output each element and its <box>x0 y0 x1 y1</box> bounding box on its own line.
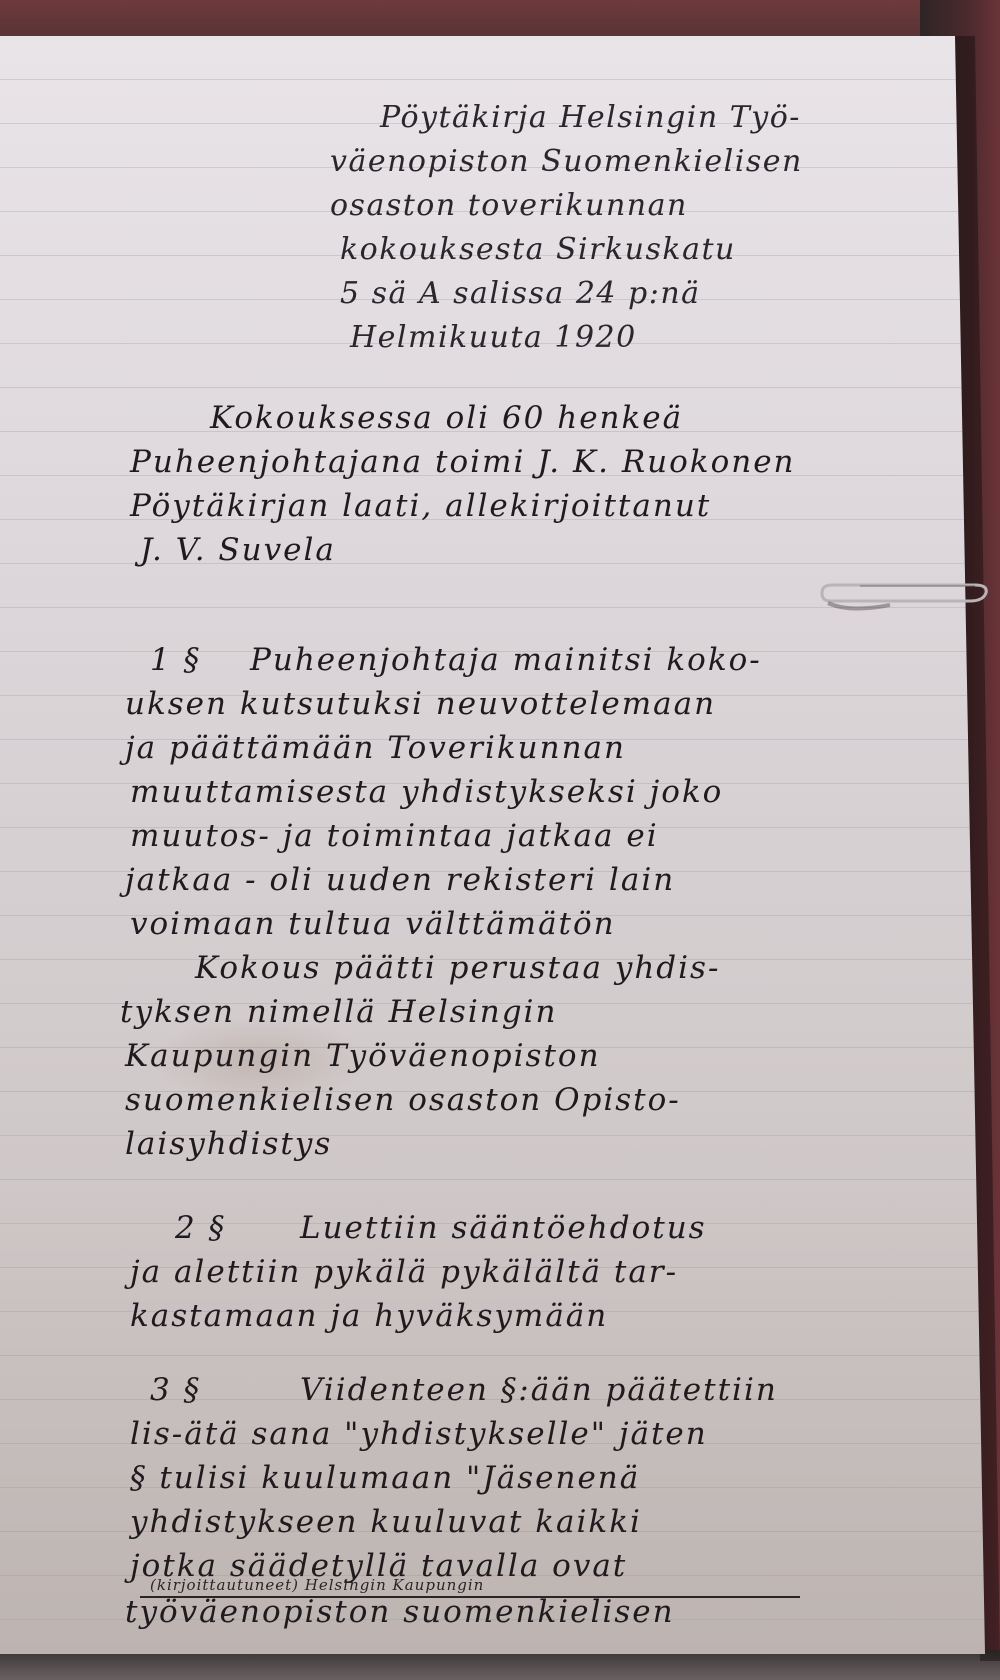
paperclip-icon <box>820 575 990 615</box>
section-line: uksen kutsutuksi neuvottelemaan <box>125 686 716 722</box>
section-line: muuttamisesta yhdistykseksi joko <box>130 774 723 810</box>
section-line: Luettiin sääntöehdotus <box>300 1210 707 1246</box>
intro-line: Pöytäkirjan laati, allekirjoittanut <box>130 488 711 524</box>
section-line: tyksen nimellä Helsingin <box>120 994 557 1030</box>
section-line: § tulisi kuulumaan "Jäsenenä <box>130 1460 640 1496</box>
intro-line: Kokouksessa oli 60 henkeä <box>210 400 683 436</box>
heading-line: väenopiston Suomenkielisen <box>330 144 803 179</box>
section-line: voimaan tultua välttämätön <box>130 906 616 942</box>
section-line: Kaupungin Työväenopiston <box>125 1038 601 1074</box>
section-line: ja alettiin pykälä pykälältä tar- <box>130 1254 678 1290</box>
section-line: suomenkielisen osaston Opisto- <box>125 1082 681 1118</box>
section-line: lis-ätä sana "yhdistykselle" jäten <box>130 1416 708 1452</box>
section-line: jatkaa - oli uuden rekisteri lain <box>125 862 675 898</box>
section-line: Viidenteen §:ään päätettiin <box>300 1372 778 1408</box>
section-line: Kokous päätti perustaa yhdis- <box>195 950 720 986</box>
section-number: 1 § <box>150 642 201 678</box>
document-page: Pöytäkirja Helsingin Työ- väenopiston Su… <box>0 36 985 1654</box>
backdrop-bottom <box>0 1650 1000 1680</box>
section-line: ja päättämään Toverikunnan <box>125 730 626 766</box>
signature: J. V. Suvela <box>140 532 336 568</box>
section-line: Puheenjohtaja mainitsi koko- <box>250 642 762 678</box>
heading-line: Helmikuuta 1920 <box>350 320 637 355</box>
heading-line: kokouksesta Sirkuskatu <box>340 232 736 267</box>
section-number: 2 § <box>175 1210 226 1246</box>
heading-line: 5 sä A salissa 24 p:nä <box>340 276 701 311</box>
section-line: yhdistykseen kuuluvat kaikki <box>130 1504 642 1540</box>
handwritten-insertion: (kirjoittautuneet) Helsingin Kaupungin <box>150 1576 484 1594</box>
section-line: työväenopiston suomenkielisen <box>125 1594 675 1630</box>
section-number: 3 § <box>150 1372 201 1408</box>
heading-line: osaston toverikunnan <box>330 188 688 223</box>
heading-line: Pöytäkirja Helsingin Työ- <box>380 100 801 135</box>
section-line: laisyhdistys <box>125 1126 332 1162</box>
section-line: kastamaan ja hyväksymään <box>130 1298 608 1334</box>
section-line: muutos- ja toimintaa jatkaa ei <box>130 818 659 854</box>
intro-line: Puheenjohtajana toimi J. K. Ruokonen <box>130 444 796 480</box>
